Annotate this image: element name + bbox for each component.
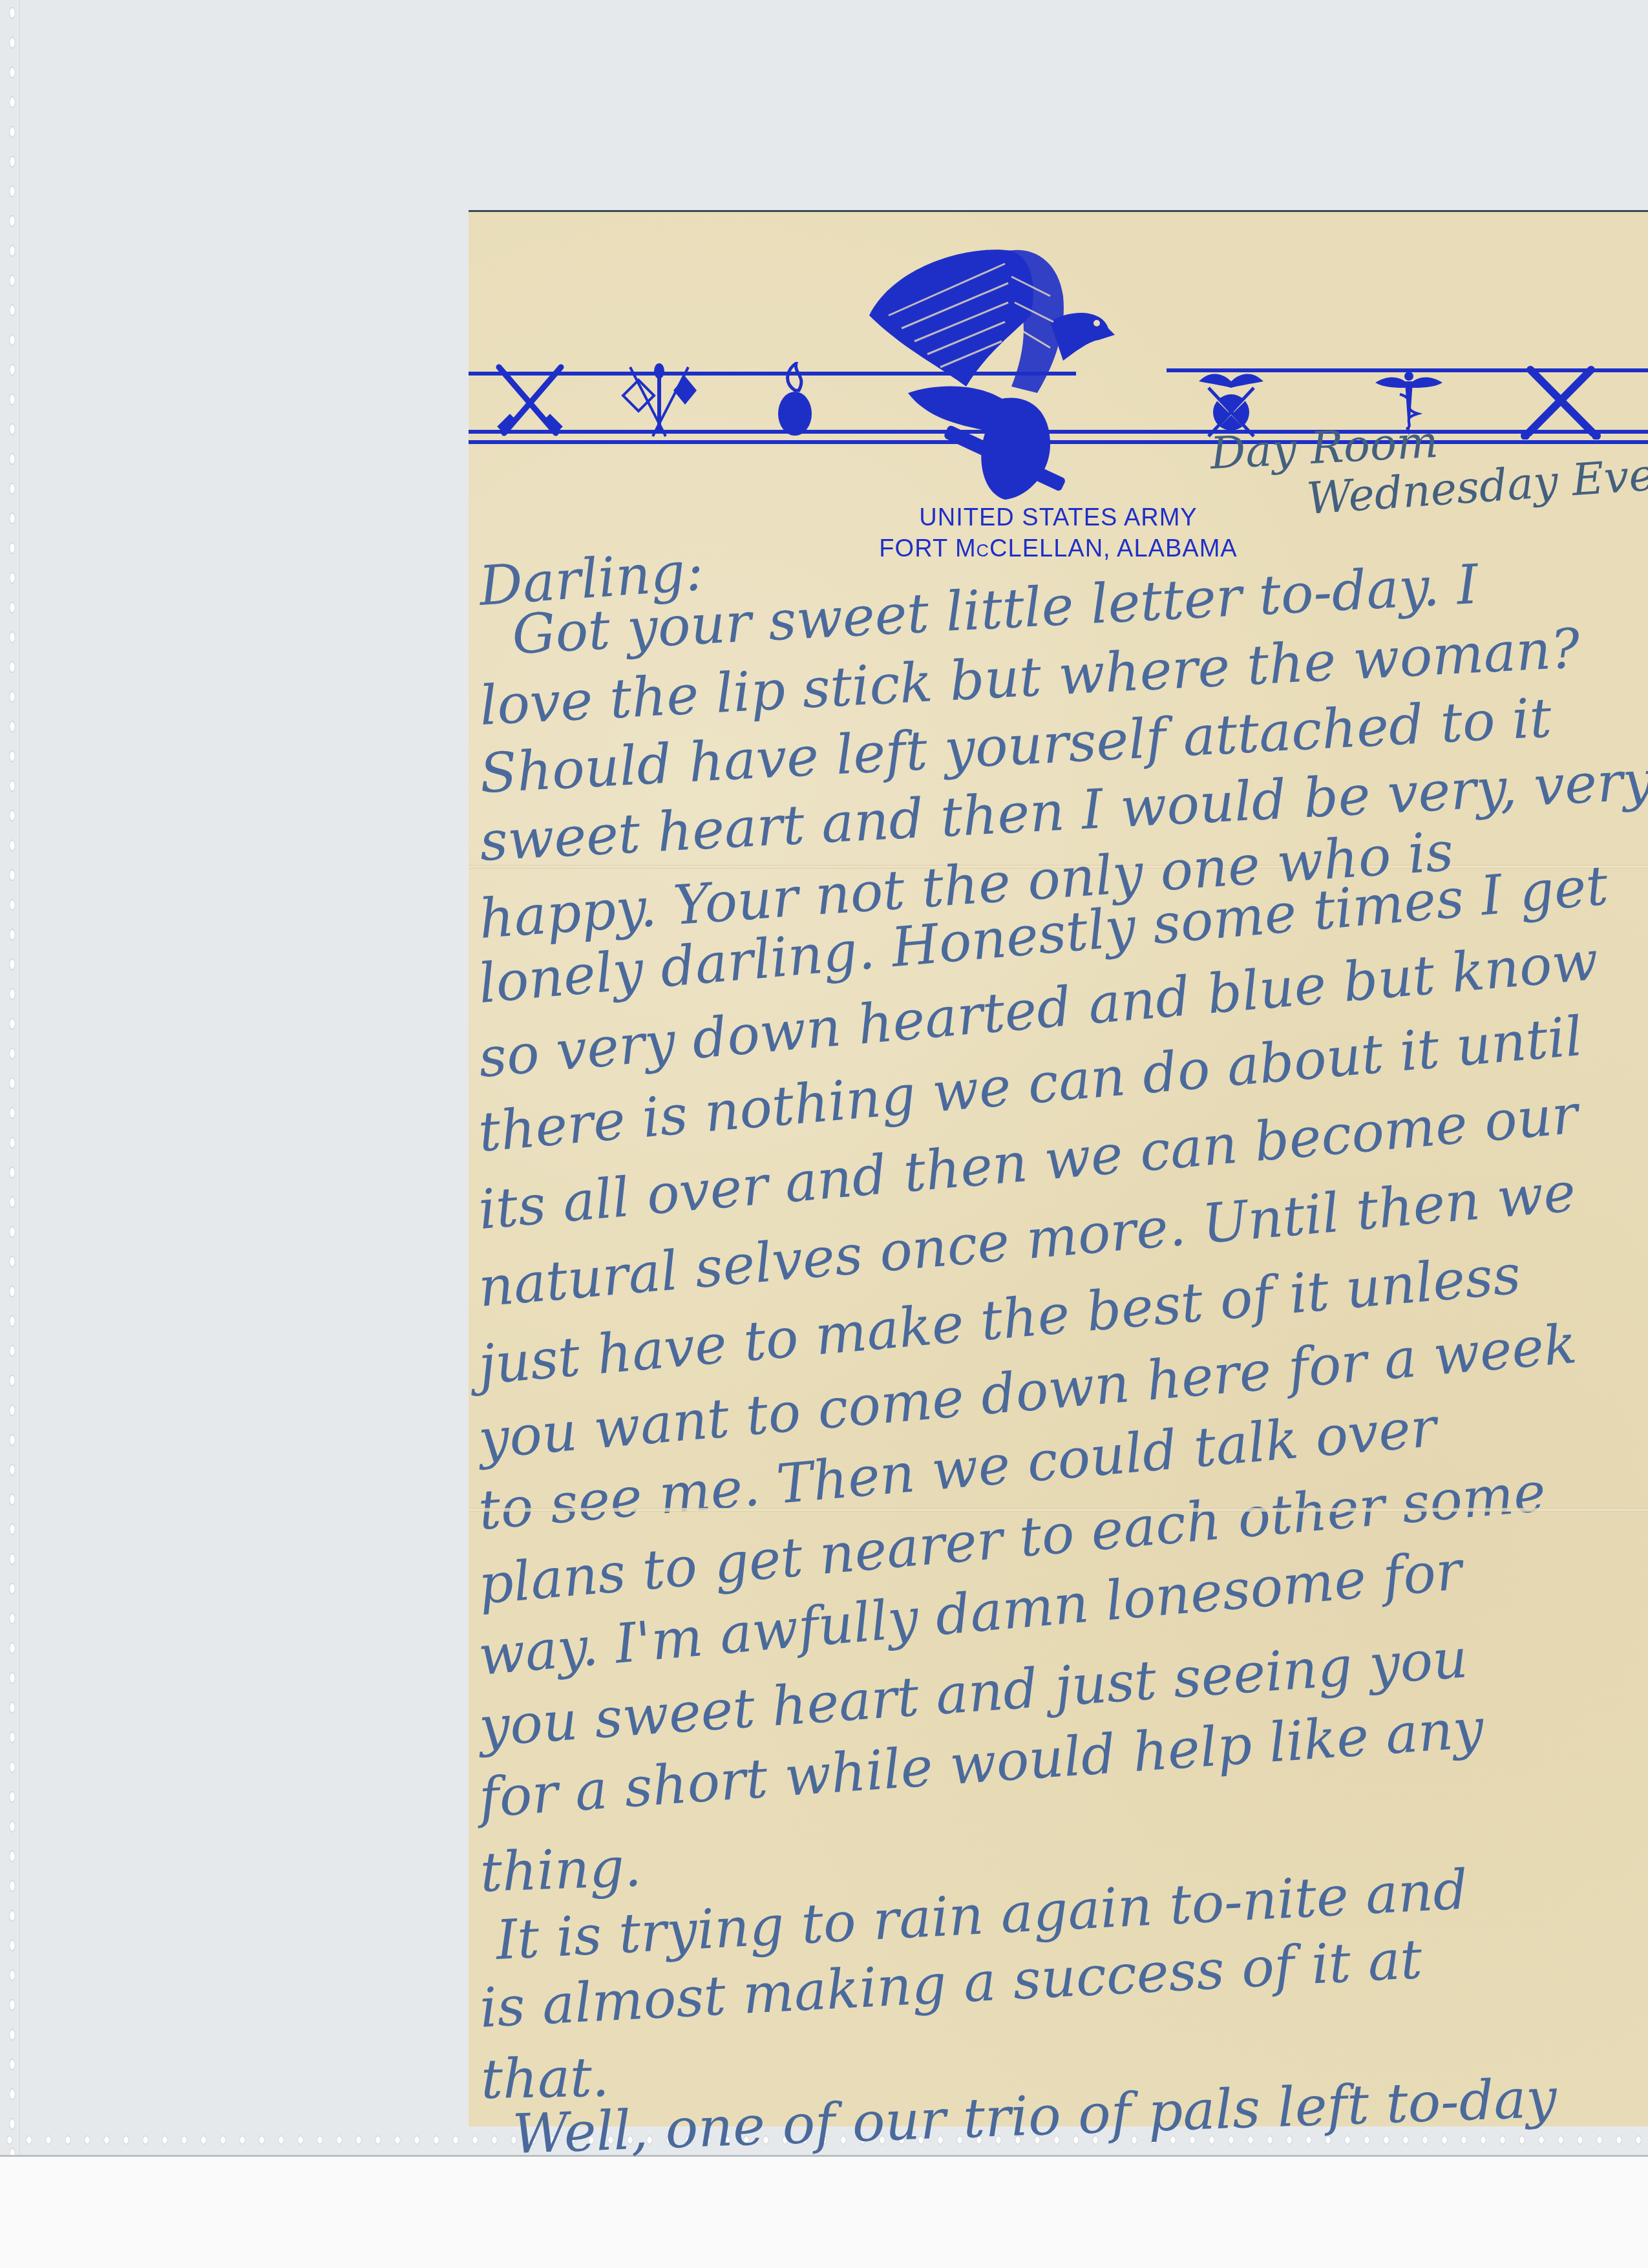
letter-page: UNITED STATES ARMY FORT McCLELLAN, ALABA… — [469, 212, 1648, 2126]
letter-line: thing. — [480, 1835, 643, 1904]
sleeve-perforated-edge-left — [5, 0, 20, 2156]
crossed-rifles-icon — [485, 355, 575, 446]
eagle-icon — [843, 238, 1179, 503]
paper-fold-crease — [469, 1508, 1648, 1512]
crossed-cannons-icon — [1516, 355, 1606, 446]
flaming-bomb-icon — [750, 355, 840, 446]
scanner-background — [0, 2157, 1648, 2268]
signal-flags-torch-icon — [614, 355, 704, 446]
